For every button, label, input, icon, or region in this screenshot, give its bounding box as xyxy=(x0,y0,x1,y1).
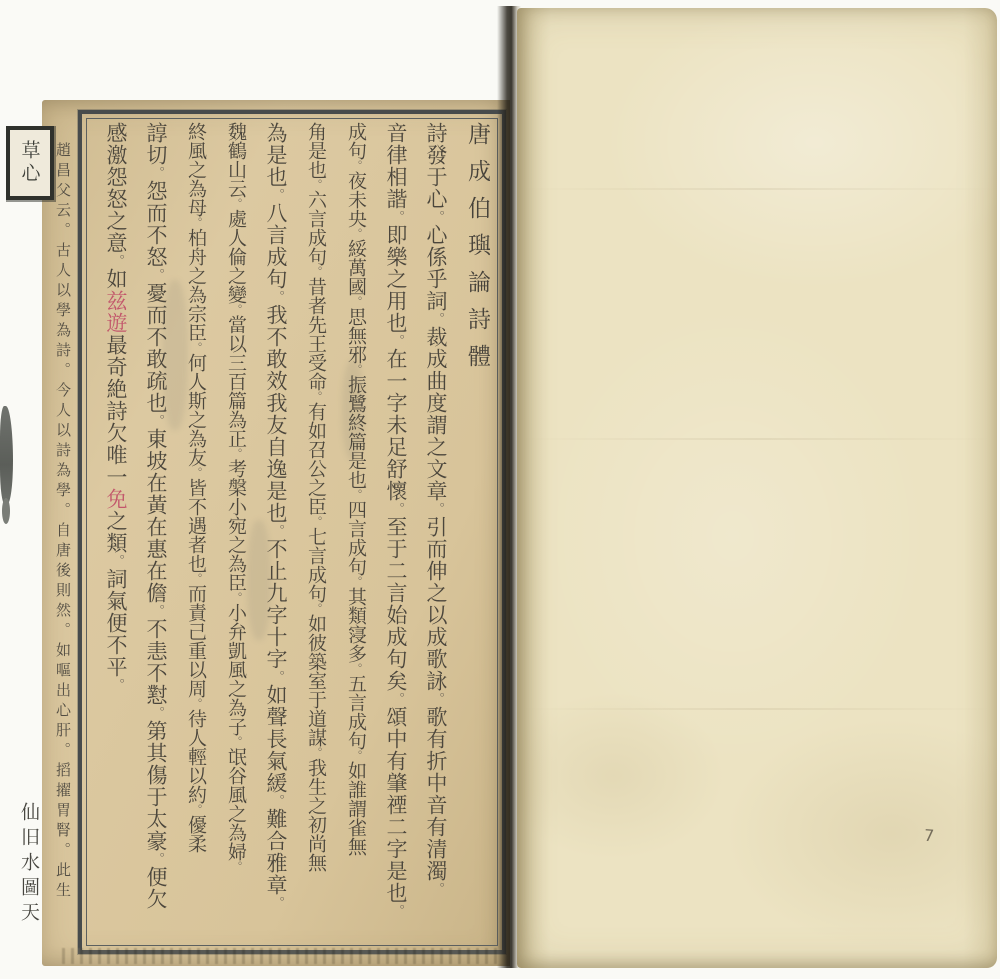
text-column: 為是也。八言成句。我不敢效我友自逸是也。不止九字十字。如聲長氣緩。難合雅章。 xyxy=(263,122,290,936)
text-column: 感激怨怒之意。如兹遊最奇絶詩欠唯一免之類。詞氣便不平。 xyxy=(103,122,130,936)
page-edge-speckle xyxy=(62,948,502,964)
text-columns: 唐成伯璵論詩體 詩發于心。心係乎詞。裁成曲度謂之文章。引而伸之以成歌詠。歌有折中… xyxy=(92,122,490,936)
fore-edge-text: 仙旧水圖天 xyxy=(16,802,43,968)
ink-smudge xyxy=(2,498,10,524)
spine-label-text: 草心 xyxy=(17,140,44,186)
text-column: 詩發于心。心係乎詞。裁成曲度謂之文章。引而伸之以成歌詠。歌有折中音有清濁。 xyxy=(423,122,450,936)
ink-smudge xyxy=(0,406,13,504)
text-column: 音律相諧。即樂之用也。在一字未足舒懷。至于二言始成句矣。頌中有肇禋二字是也。三言 xyxy=(383,122,410,936)
text-column: 終風之為母。柏舟之為宗臣。何人斯之為友。皆不遇者也。而責己重以周。待人輕以約。優… xyxy=(183,122,210,936)
text-column: 成句。夜未央。綏萬國。思無邪。振鷺終篇是也。四言成句。其類寖多。五言成句。如誰謂… xyxy=(343,122,370,936)
paper-crease xyxy=(517,708,997,710)
text-column: 諄切。怨而不怒。憂而不敢疏也。東坡在黃在惠在儋。不恚不懟。第其傷于太豪。便欠 xyxy=(143,122,170,936)
page-number: 7 xyxy=(923,826,934,846)
text-column: 角是也。六言成句。昔者先王受命。有如召公之臣。七言成句。如彼築室于道謀。我生之初… xyxy=(303,122,330,936)
spine-label: 草心 xyxy=(6,126,54,200)
paper-crease xyxy=(517,188,997,190)
margin-note: 趙昌父云。古人以學為詩。今人以詩為學。自唐後則然。如嘔出心肝。搯擢胃腎。此生 xyxy=(52,142,74,954)
paper-crease xyxy=(517,438,997,440)
right-page xyxy=(517,8,997,968)
text-column: 魏鶴山云。處人倫之變。當以三百篇為正。考槃小宛之為臣。小弁凱風之為子。氓谷風之為… xyxy=(223,122,250,936)
page-title-column: 唐成伯璵論詩體 xyxy=(463,122,490,936)
